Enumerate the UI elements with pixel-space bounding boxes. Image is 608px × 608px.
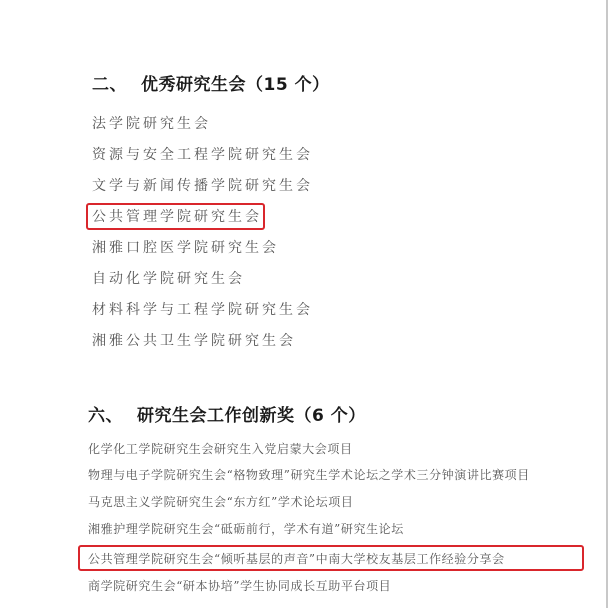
list-item: 商学院研究生会“研本协培”学生协同成长互助平台项目 [88, 577, 391, 594]
list-item: 湘雅护理学院研究生会“砥砺前行，学术有道”研究生论坛 [88, 520, 404, 537]
list-item: 文学与新闻传播学院研究生会 [92, 175, 313, 195]
list-item: 法学院研究生会 [92, 113, 211, 133]
list-item: 化学化工学院研究生会研究生入党启蒙大会项目 [88, 440, 353, 457]
list-item: 材料科学与工程学院研究生会 [92, 299, 313, 319]
list-item: 资源与安全工程学院研究生会 [92, 144, 313, 164]
section-heading: 六、研究生会工作创新奖（6 个） [88, 401, 366, 426]
list-item: 湘雅公共卫生学院研究生会 [92, 330, 296, 350]
list-item: 自动化学院研究生会 [92, 268, 245, 288]
section-title: 研究生会工作创新奖（6 个） [137, 406, 366, 426]
document-page: 二、优秀研究生会（15 个） 法学院研究生会 资源与安全工程学院研究生会 文学与… [0, 0, 608, 608]
list-item: 物理与电子学院研究生会“格物致理”研究生学术论坛之学术三分钟演讲比赛项目 [88, 466, 530, 483]
highlight-box [86, 203, 265, 230]
section-number: 六、 [88, 406, 123, 426]
list-item: 湘雅口腔医学院研究生会 [92, 237, 279, 257]
highlight-box [78, 545, 584, 571]
section-title: 优秀研究生会（15 个） [141, 75, 330, 95]
list-item: 马克思主义学院研究生会“东方红”学术论坛项目 [88, 493, 353, 510]
section-number: 二、 [92, 75, 127, 95]
section-heading: 二、优秀研究生会（15 个） [92, 70, 330, 95]
